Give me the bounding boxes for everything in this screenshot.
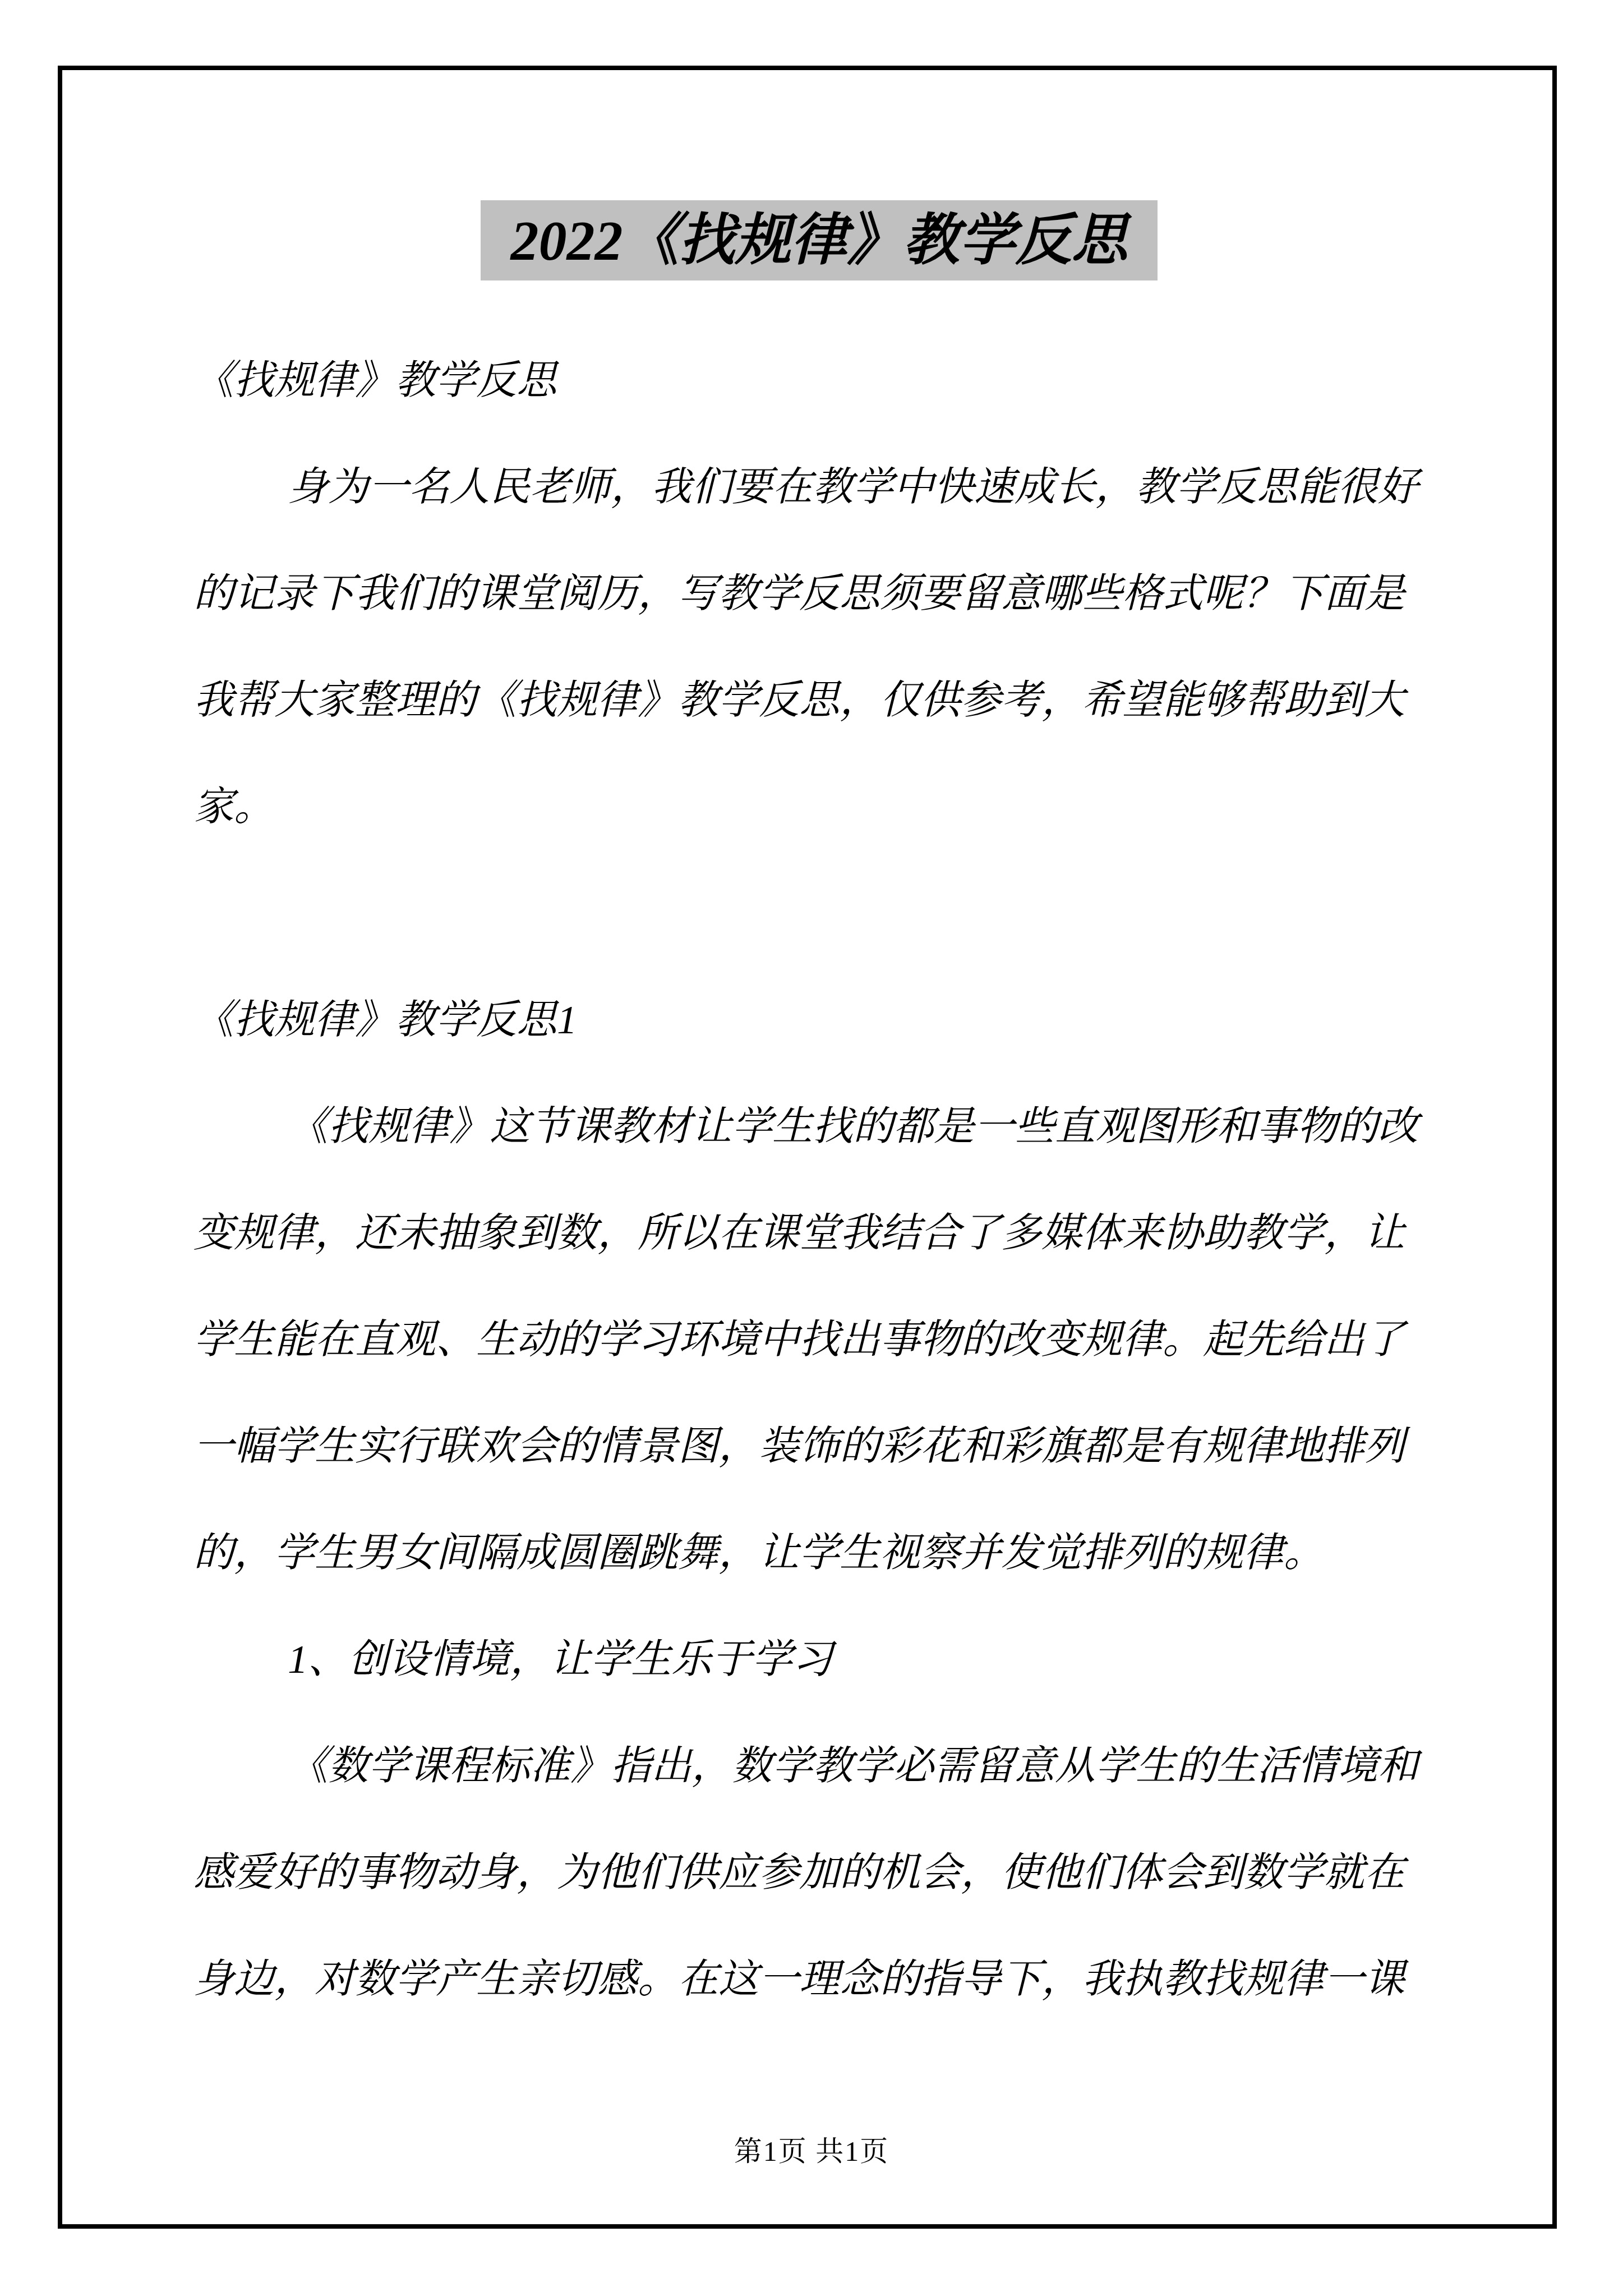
text-line: 身为一名人民老师，我们要在教学中快速成长，教学反思能很好: [288, 466, 1555, 508]
text-line: 一幅学生实行联欢会的情景图，装饰的彩花和彩旗都是有规律地排列: [193, 1425, 1461, 1467]
text-line: 我帮大家整理的《找规律》教学反思，仅供参考，希望能够帮助到大: [193, 679, 1461, 721]
title-highlight: 2022《找规律》教学反思: [481, 200, 1158, 280]
text-line: 《找规律》这节课教材让学生找的都是一些直观图形和事物的改: [288, 1105, 1555, 1148]
document-page: 2022《找规律》教学反思 《找规律》教学反思 身为一名人民老师，我们要在教学中…: [0, 0, 1623, 2296]
text-line: 学生能在直观、生动的学习环境中找出事物的改变规律。起先给出了: [193, 1318, 1461, 1361]
text-line-list-item: 1、创设情境，让学生乐于学习: [288, 1638, 1555, 1681]
text-line-heading: 《找规律》教学反思: [193, 359, 1461, 402]
text-line: 《数学课程标准》指出，数学教学必需留意从学生的生活情境和: [288, 1745, 1555, 1787]
text-line-section-heading: 《找规律》教学反思1: [193, 999, 1461, 1041]
text-line: 的记录下我们的课堂阅历，写教学反思须要留意哪些格式呢？下面是: [193, 572, 1461, 615]
document-title: 2022《找规律》教学反思: [511, 209, 1128, 272]
page-footer: 第1页 共1页: [0, 2129, 1623, 2169]
text-line: 家。: [193, 785, 1461, 828]
text-line: 身边，对数学产生亲切感。在这一理念的指导下，我执教找规律一课: [193, 1958, 1461, 2000]
text-line: 变规律，还未抽象到数，所以在课堂我结合了多媒体来协助教学，让: [193, 1212, 1461, 1254]
text-line: 的，学生男女间隔成圆圈跳舞，让学生视察并发觉排列的规律。: [193, 1531, 1461, 1574]
text-line: 感爱好的事物动身，为他们供应参加的机会，使他们体会到数学就在: [193, 1851, 1461, 1894]
